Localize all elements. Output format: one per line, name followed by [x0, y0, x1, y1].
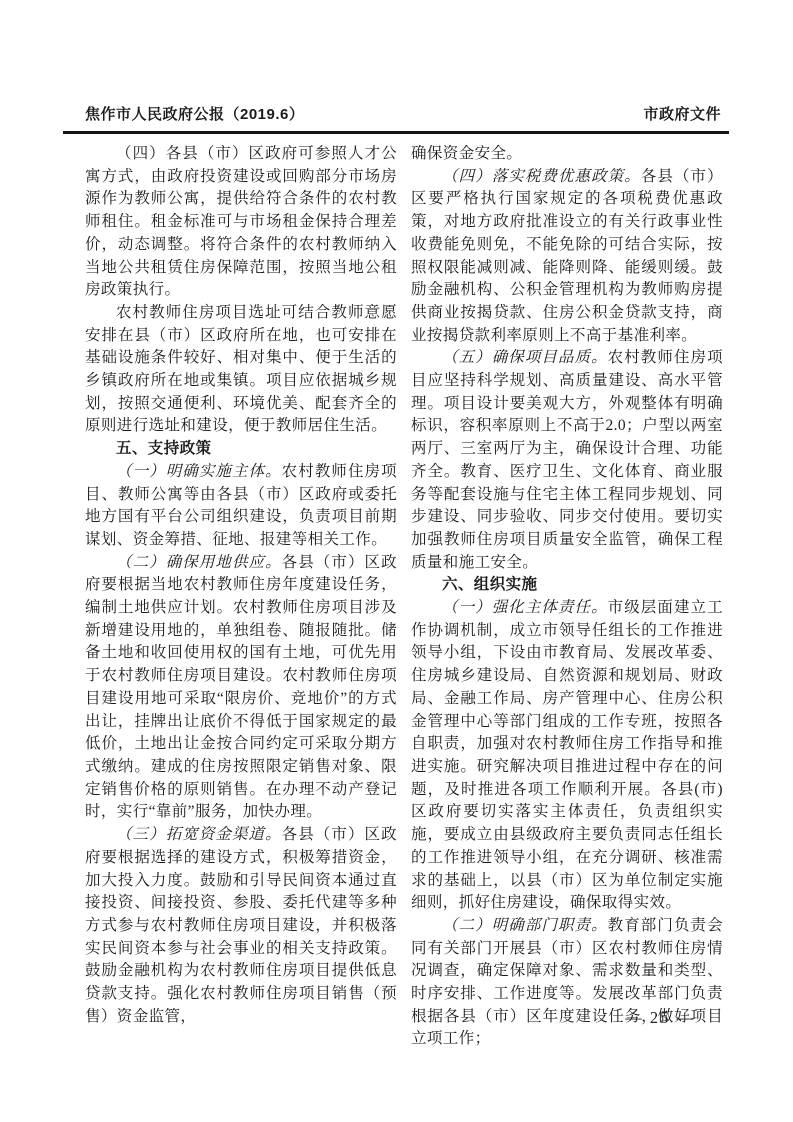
paragraph-text: 农村教师住房项目应坚持科学规划、高质量建设、高水平管理。项目设计要美观大方，外观…	[411, 349, 723, 570]
paragraph-text: （四）各县（市）区政府可参照人才公寓方式，由政府投资建设或回购部分市场房源作为教…	[85, 145, 397, 298]
lead-phrase: （二）明确部门职责。	[442, 917, 608, 934]
section-heading-5: 五、支持政策	[85, 438, 397, 461]
paragraph-support-5: （五）确保项目品质。农村教师住房项目应坚持科学规划、高质量建设、高水平管理。项目…	[411, 347, 723, 574]
paragraph-text: 各县（市）区政府要根据当地农村教师住房年度建设任务，编制土地供应计划。农村教师住…	[85, 554, 397, 821]
page-header: 焦作市人民政府公报（2019.6） 市政府文件	[63, 103, 729, 134]
paragraph-continuation: 确保资金安全。	[411, 143, 723, 166]
paragraph-text: 市级层面建立工作协调机制，成立市领导任组长的工作推进领导小组，下设由市教育局、发…	[411, 599, 723, 911]
lead-phrase: （五）确保项目品质。	[442, 349, 608, 366]
paragraph-support-4: （四）落实税费优惠政策。各县（市）区要严格执行国家规定的各项税费优惠政策，对地方…	[411, 166, 723, 348]
paragraph-support-3: （三）拓宽资金渠道。各县（市）区政府要根据选择的建设方式，积极筹措资金，加大投入…	[85, 824, 397, 1028]
paragraph-text: 农村教师住房项目选址可结合教师意愿安排在县（市）区政府所在地，也可安排在基础设施…	[85, 304, 397, 435]
lead-phrase: （三）拓宽资金渠道。	[116, 826, 282, 843]
paragraph-site-selection: 农村教师住房项目选址可结合教师意愿安排在县（市）区政府所在地，也可安排在基础设施…	[85, 302, 397, 438]
paragraph-implementation-2: （二）明确部门职责。教育部门负责会同有关部门开展县（市）区农村教师住房情况调查，…	[411, 915, 723, 1051]
section-heading-6: 六、组织实施	[411, 574, 723, 597]
paragraph-support-2: （二）确保用地供应。各县（市）区政府要根据当地农村教师住房年度建设任务，编制土地…	[85, 552, 397, 824]
lead-phrase: （一）强化主体责任。	[442, 599, 608, 616]
right-column: 确保资金安全。 （四）落实税费优惠政策。各县（市）区要严格执行国家规定的各项税费…	[411, 143, 723, 1051]
paragraph-item-4-continued: （四）各县（市）区政府可参照人才公寓方式，由政府投资建设或回购部分市场房源作为教…	[85, 143, 397, 302]
document-body: （四）各县（市）区政府可参照人才公寓方式，由政府投资建设或回购部分市场房源作为教…	[85, 143, 723, 1051]
paragraph-text: 确保资金安全。	[411, 145, 522, 162]
lead-phrase: （四）落实税费优惠政策。	[442, 168, 641, 185]
gazette-title: 焦作市人民政府公报（2019.6）	[85, 103, 304, 124]
paragraph-text: 各县（市）区政府要根据选择的建设方式，积极筹措资金，加大投入力度。鼓励和引导民间…	[85, 826, 397, 1025]
paragraph-implementation-1: （一）强化主体责任。市级层面建立工作协调机制，成立市领导任组长的工作推进领导小组…	[411, 597, 723, 915]
paragraph-text: 各县（市）区要严格执行国家规定的各项税费优惠政策，对地方政府批准设立的有关行政事…	[411, 168, 723, 344]
header-row: 焦作市人民政府公报（2019.6） 市政府文件	[63, 103, 729, 124]
paragraph-support-1: （一）明确实施主体。农村教师住房项目、教师公寓等由各县（市）区政府或委托地方国有…	[85, 461, 397, 552]
lead-phrase: （二）确保用地供应。	[116, 554, 282, 571]
left-column: （四）各县（市）区政府可参照人才公寓方式，由政府投资建设或回购部分市场房源作为教…	[85, 143, 397, 1051]
document-category: 市政府文件	[643, 103, 721, 124]
page-number: — 25 —	[625, 1008, 695, 1028]
lead-phrase: （一）明确实施主体。	[116, 463, 282, 480]
gazette-page: 焦作市人民政府公报（2019.6） 市政府文件 （四）各县（市）区政府可参照人才…	[0, 0, 793, 1122]
